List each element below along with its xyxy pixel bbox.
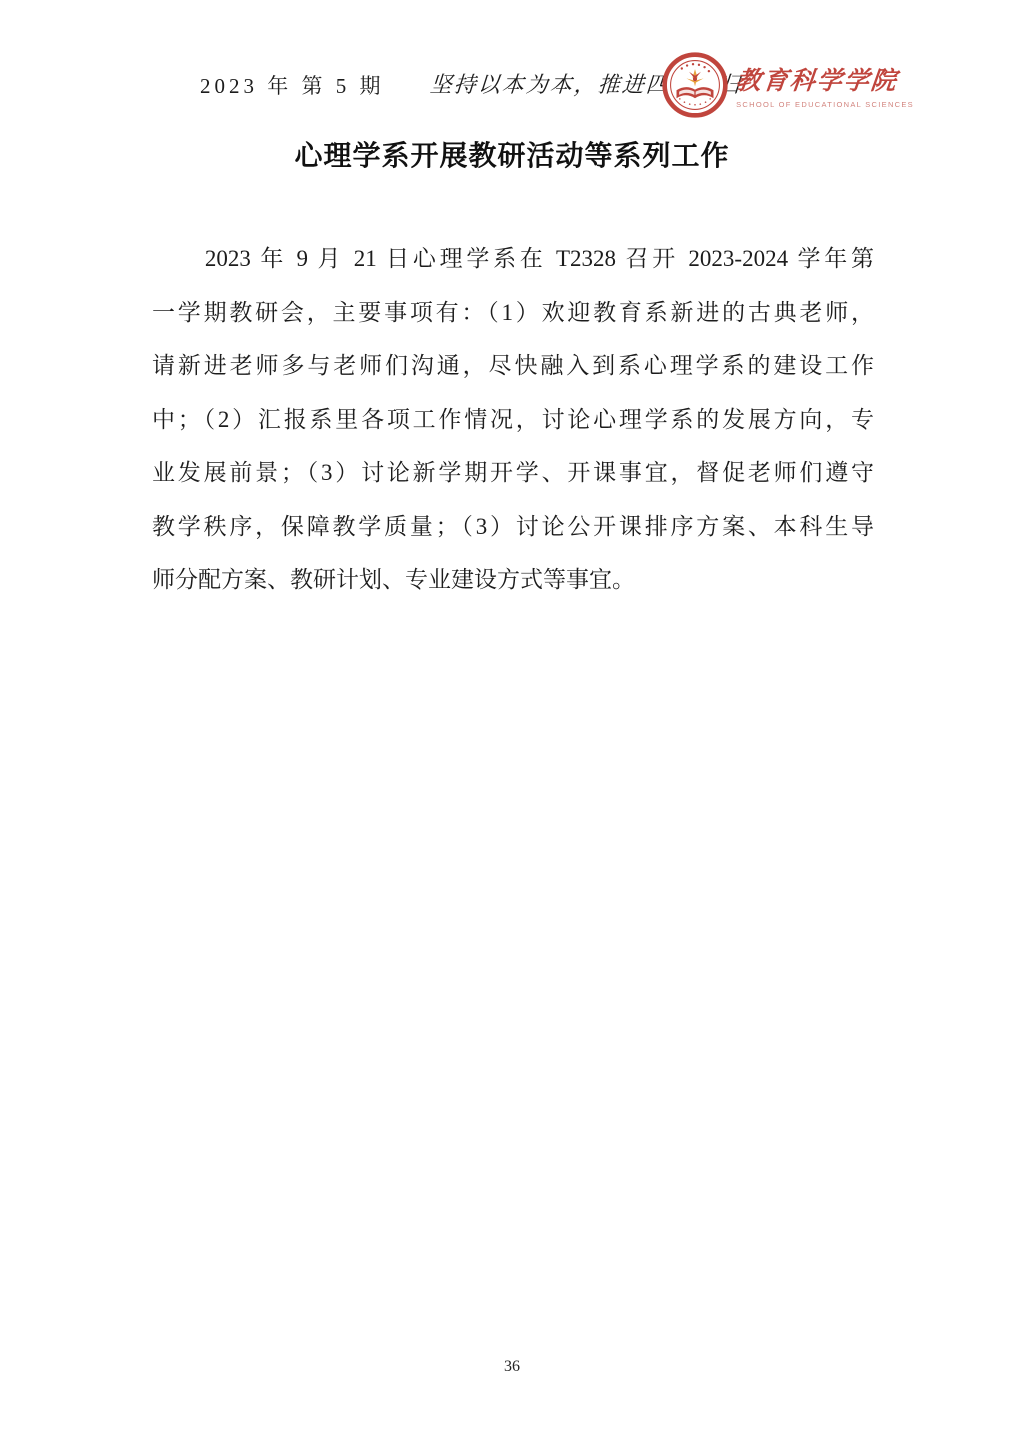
body-line: 一学期教研会，主要事项有：（1）欢迎教育系新进的古典老师，	[152, 286, 874, 340]
body-line: 业发展前景；（3）讨论新学期开学、开课事宜，督促老师们遵守	[152, 446, 874, 500]
body-line: 中；（2）汇报系里各项工作情况，讨论心理学系的发展方向，专	[152, 393, 874, 447]
page-title: 心理学系开展教研活动等系列工作	[0, 134, 1024, 174]
body-line: 师分配方案、教研计划、专业建设方式等事宜。	[152, 553, 874, 607]
article-body: 2023 年 9 月 21 日心理学系在 T2328 召开 2023-2024 …	[152, 232, 874, 607]
school-logo: 教育科学学院 SCHOOL OF EDUCATIONAL SCIENCES	[662, 52, 914, 118]
logo-text-block: 教育科学学院 SCHOOL OF EDUCATIONAL SCIENCES	[736, 61, 914, 109]
page-header: 2023 年 第 5 期 坚持以本为本，推进四个回归	[152, 52, 914, 128]
logo-school-name-en: SCHOOL OF EDUCATIONAL SCIENCES	[736, 100, 914, 109]
page-number: 36	[0, 1358, 1024, 1376]
issue-number: 2023 年 第 5 期	[200, 70, 385, 100]
school-emblem-book-star-icon	[662, 52, 728, 118]
body-line: 请新进老师多与老师们沟通，尽快融入到系心理学系的建设工作	[152, 339, 874, 393]
body-line: 2023 年 9 月 21 日心理学系在 T2328 召开 2023-2024 …	[152, 232, 874, 286]
body-line: 教学秩序，保障教学质量；（3）讨论公开课排序方案、本科生导	[152, 500, 874, 554]
logo-school-name-cn: 教育科学学院	[734, 61, 916, 97]
